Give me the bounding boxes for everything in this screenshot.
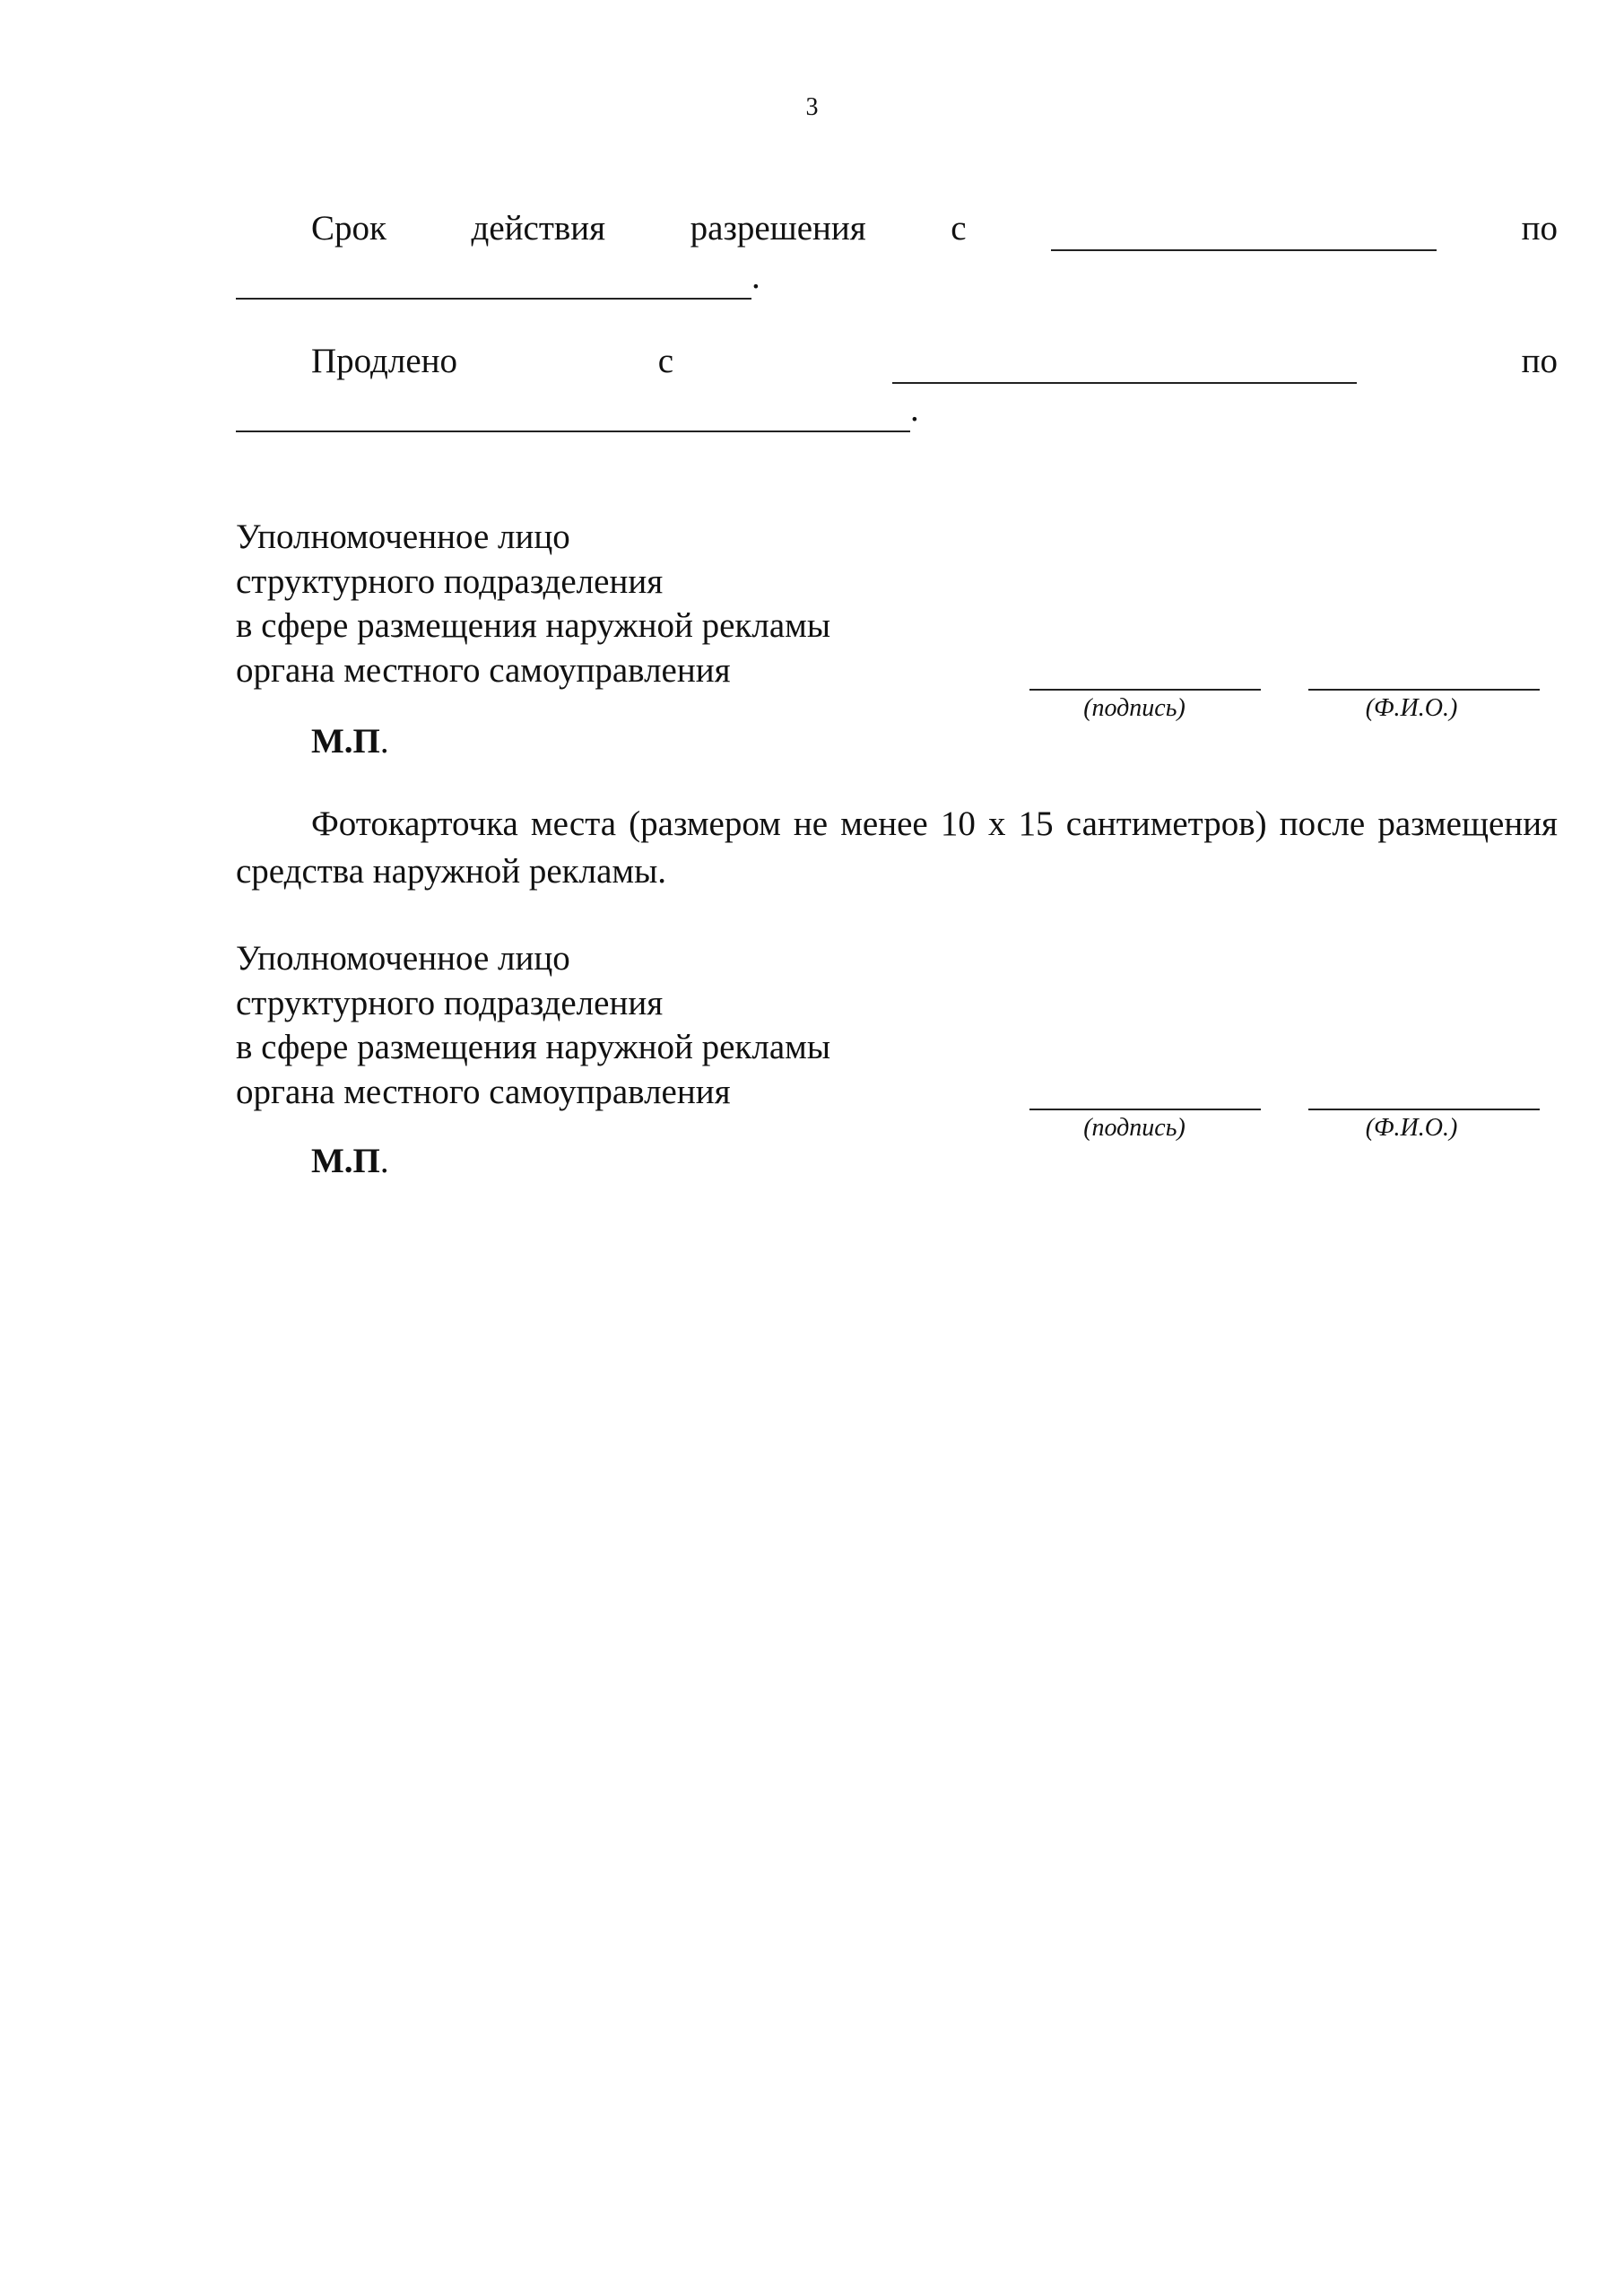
validity-end-punct: . <box>751 257 760 296</box>
photo-paragraph-text: Фотокарточка места (размером не менее 10… <box>236 804 1558 891</box>
validity-from-word: с <box>951 206 966 251</box>
extended-end-date-field[interactable] <box>236 398 910 432</box>
extended-to-word: по <box>1522 339 1558 384</box>
validity-start-date-field[interactable] <box>1051 217 1437 251</box>
extended-start-date-field[interactable] <box>892 350 1357 384</box>
photo-paragraph: Фотокарточка места (размером не менее 10… <box>236 800 1558 895</box>
full-name-field[interactable] <box>1308 1109 1540 1110</box>
signature-field[interactable] <box>1029 689 1261 691</box>
validity-word-1: Срок <box>311 206 386 251</box>
signatory-line-3: в сфере размещения наружной рекламы <box>236 1025 830 1070</box>
extended-end-punct: . <box>910 390 919 429</box>
signatory-line-1: Уполномоченное лицо <box>236 515 570 560</box>
signature-field[interactable] <box>1029 1109 1261 1110</box>
full-name-caption: (Ф.И.О.) <box>1308 694 1515 723</box>
validity-end-row: . <box>236 255 760 300</box>
signatory-line-4: органа местного самоуправления <box>236 648 731 693</box>
extended-from-word: с <box>658 339 673 384</box>
seal-mark: М.П. <box>311 719 389 764</box>
validity-to-word: по <box>1522 206 1558 251</box>
validity-end-date-field[interactable] <box>236 265 751 300</box>
seal-label: М.П <box>311 722 380 761</box>
signatory-line-1: Уполномоченное лицо <box>236 936 570 981</box>
signatory-line-4: органа местного самоуправления <box>236 1070 731 1115</box>
seal-label: М.П <box>311 1142 380 1180</box>
validity-period-row: Срок действия разрешения с по <box>311 206 1558 251</box>
extended-label: Продлено <box>311 339 457 384</box>
signatory-line-2: структурного подразделения <box>236 560 663 604</box>
page-number: 3 <box>0 93 1624 122</box>
validity-word-2: действия <box>472 206 606 251</box>
extended-end-row: . <box>236 387 919 432</box>
full-name-caption: (Ф.И.О.) <box>1308 1114 1515 1143</box>
seal-mark: М.П. <box>311 1139 389 1184</box>
seal-punct: . <box>380 722 389 761</box>
full-name-field[interactable] <box>1308 689 1540 691</box>
signature-caption: (подпись) <box>1029 694 1239 723</box>
signature-caption: (подпись) <box>1029 1114 1239 1143</box>
extended-row: Продлено с по <box>311 339 1558 384</box>
validity-word-3: разрешения <box>690 206 866 251</box>
signatory-line-2: структурного подразделения <box>236 981 663 1026</box>
signatory-line-3: в сфере размещения наружной рекламы <box>236 604 830 648</box>
seal-punct: . <box>380 1142 389 1180</box>
